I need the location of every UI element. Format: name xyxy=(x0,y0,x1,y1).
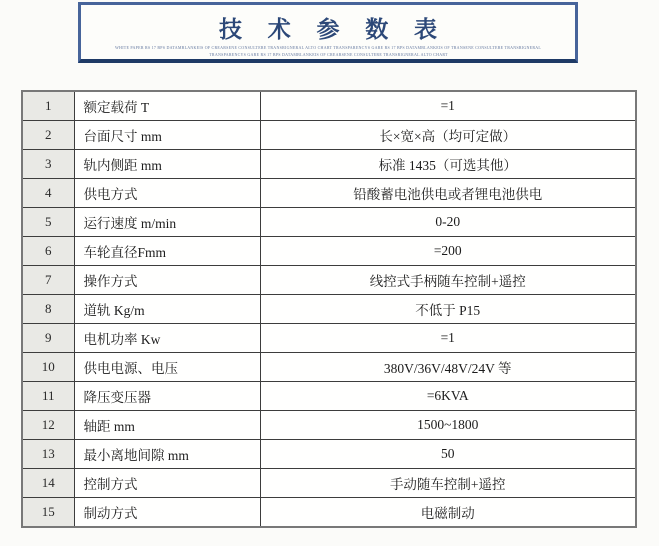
param-label: 操作方式 xyxy=(74,266,260,295)
param-label: 轨内侧距 mm xyxy=(74,150,260,179)
param-value: =1 xyxy=(260,91,636,121)
param-label: 电机功率 Kw xyxy=(74,324,260,353)
param-value: 电磁制动 xyxy=(260,498,636,528)
param-label: 供电电源、电压 xyxy=(74,353,260,382)
table-row: 4 供电方式 铅酸蓄电池供电或者锂电池供电 xyxy=(22,179,636,208)
param-value: 铅酸蓄电池供电或者锂电池供电 xyxy=(260,179,636,208)
parameters-table-body: 1 额定载荷 T =1 2 台面尺寸 mm 长×宽×高（均可定做） 3 轨内侧距… xyxy=(22,91,636,527)
table-row: 12 轴距 mm 1500~1800 xyxy=(22,411,636,440)
param-label: 额定载荷 T xyxy=(74,91,260,121)
table-row: 1 额定载荷 T =1 xyxy=(22,91,636,121)
param-label: 供电方式 xyxy=(74,179,260,208)
param-value: 不低于 P15 xyxy=(260,295,636,324)
row-number: 12 xyxy=(22,411,74,440)
param-value: 线控式手柄随车控制+遥控 xyxy=(260,266,636,295)
table-row: 9 电机功率 Kw =1 xyxy=(22,324,636,353)
row-number: 5 xyxy=(22,208,74,237)
param-value: =1 xyxy=(260,324,636,353)
param-value: 380V/36V/48V/24V 等 xyxy=(260,353,636,382)
param-label: 运行速度 m/min xyxy=(74,208,260,237)
param-value: =200 xyxy=(260,237,636,266)
table-row: 15 制动方式 电磁制动 xyxy=(22,498,636,528)
row-number: 8 xyxy=(22,295,74,324)
param-label: 降压变压器 xyxy=(74,382,260,411)
param-label: 车轮直径Fmm xyxy=(74,237,260,266)
param-value: =6KVA xyxy=(260,382,636,411)
param-value: 1500~1800 xyxy=(260,411,636,440)
row-number: 6 xyxy=(22,237,74,266)
subtitle-text-line1: WHITE PAPER RS 17 BPS DATAMBLANKEIS OF C… xyxy=(115,46,541,50)
row-number: 14 xyxy=(22,469,74,498)
table-row: 7 操作方式 线控式手柄随车控制+遥控 xyxy=(22,266,636,295)
param-value: 手动随车控制+遥控 xyxy=(260,469,636,498)
row-number: 13 xyxy=(22,440,74,469)
table-row: 14 控制方式 手动随车控制+遥控 xyxy=(22,469,636,498)
row-number: 4 xyxy=(22,179,74,208)
param-label: 制动方式 xyxy=(74,498,260,528)
row-number: 3 xyxy=(22,150,74,179)
page: { "header": { "title": "技 术 参 数 表", "sub… xyxy=(0,0,659,546)
header-subtitle-line1: WHITE PAPER RS 17 BPS DATAMBLANKEIS OF C… xyxy=(81,44,575,51)
param-label: 轴距 mm xyxy=(74,411,260,440)
table-row: 11 降压变压器 =6KVA xyxy=(22,382,636,411)
row-number: 7 xyxy=(22,266,74,295)
param-label: 最小离地间隙 mm xyxy=(74,440,260,469)
parameters-table: 1 额定载荷 T =1 2 台面尺寸 mm 长×宽×高（均可定做） 3 轨内侧距… xyxy=(21,90,637,528)
table-row: 2 台面尺寸 mm 长×宽×高（均可定做） xyxy=(22,121,636,150)
page-title: 技 术 参 数 表 xyxy=(81,11,575,44)
table-row: 3 轨内侧距 mm 标准 1435（可选其他） xyxy=(22,150,636,179)
param-label: 控制方式 xyxy=(74,469,260,498)
subtitle-text-line2: TRANSPARENCYS GARE RS 17 BPS DATAMBLANKE… xyxy=(209,53,447,57)
param-value: 长×宽×高（均可定做） xyxy=(260,121,636,150)
param-value: 标准 1435（可选其他） xyxy=(260,150,636,179)
table-row: 10 供电电源、电压 380V/36V/48V/24V 等 xyxy=(22,353,636,382)
table-row: 5 运行速度 m/min 0-20 xyxy=(22,208,636,237)
header-subtitle-line2: TRANSPARENCYS GARE RS 17 BPS DATAMBLANKE… xyxy=(81,51,575,58)
row-number: 15 xyxy=(22,498,74,528)
table-row: 8 道轨 Kg/m 不低于 P15 xyxy=(22,295,636,324)
header-box: 技 术 参 数 表 WHITE PAPER RS 17 BPS DATAMBLA… xyxy=(78,2,578,63)
row-number: 10 xyxy=(22,353,74,382)
param-label: 台面尺寸 mm xyxy=(74,121,260,150)
param-value: 50 xyxy=(260,440,636,469)
param-label: 道轨 Kg/m xyxy=(74,295,260,324)
row-number: 9 xyxy=(22,324,74,353)
table-row: 6 车轮直径Fmm =200 xyxy=(22,237,636,266)
param-value: 0-20 xyxy=(260,208,636,237)
row-number: 11 xyxy=(22,382,74,411)
row-number: 1 xyxy=(22,91,74,121)
row-number: 2 xyxy=(22,121,74,150)
table-row: 13 最小离地间隙 mm 50 xyxy=(22,440,636,469)
